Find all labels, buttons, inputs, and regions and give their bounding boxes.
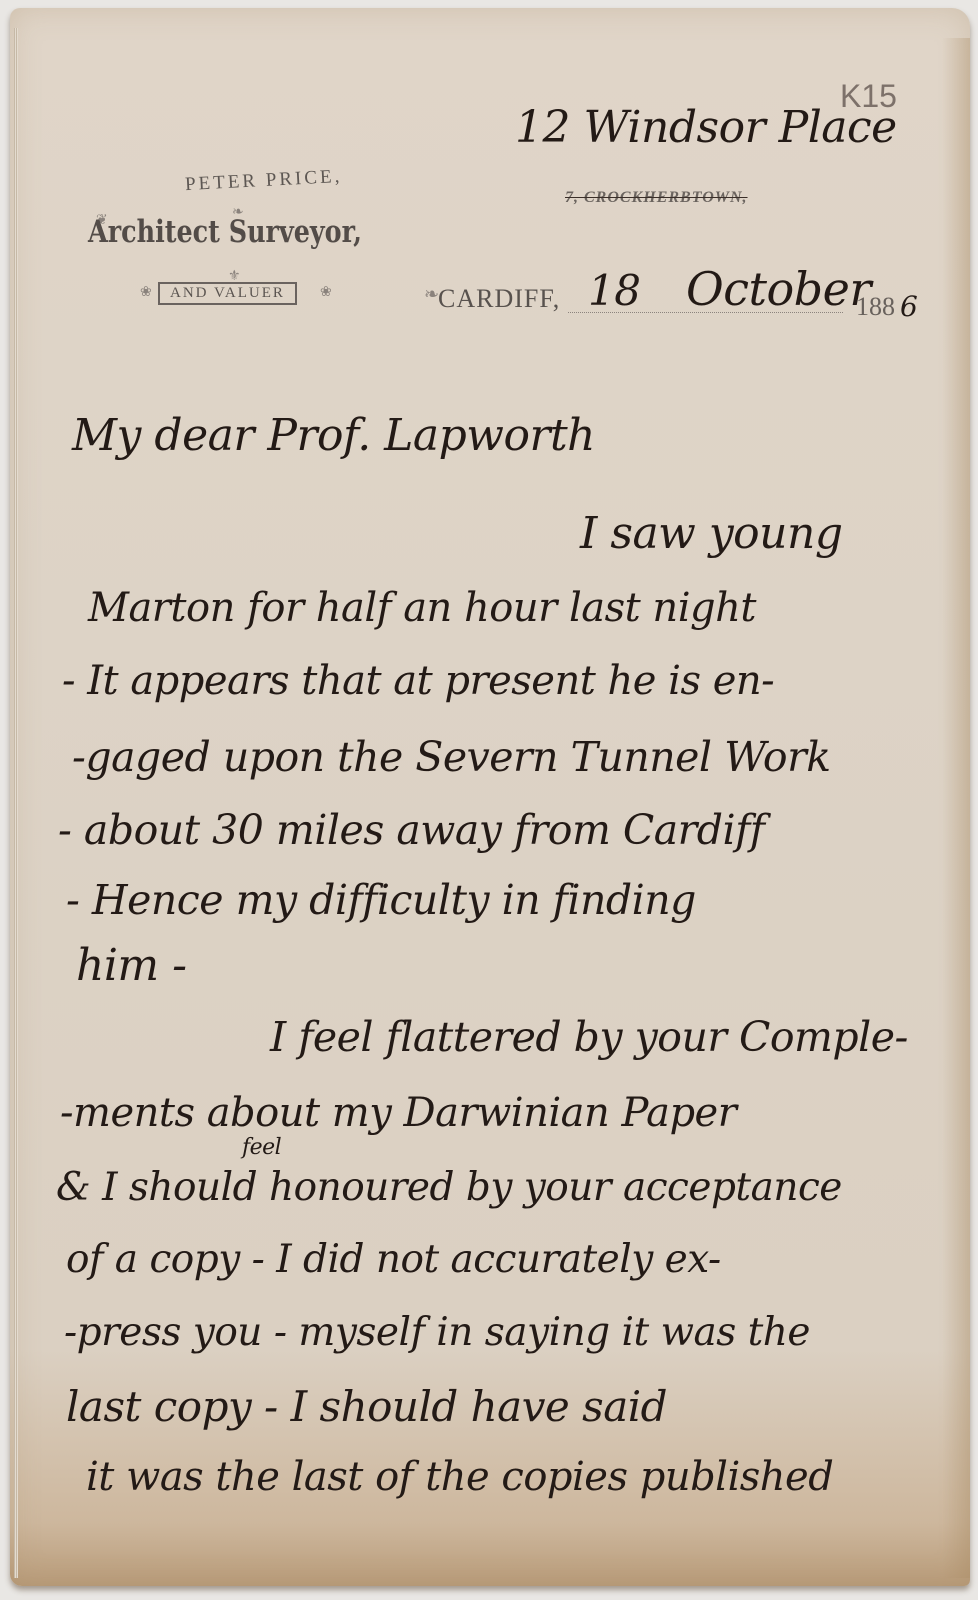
page-edge-left [14, 28, 18, 1578]
flourish-ornament-icon: ❧ [424, 284, 439, 305]
letter-line: last copy - I should have said [66, 1382, 667, 1431]
letter-line: - Hence my difficulty in finding [66, 876, 696, 924]
date-month: October [686, 262, 871, 316]
letter-line: of a copy - I did not accurately ex- [66, 1237, 721, 1282]
struck-printed-address: 7, CROCKHERBTOWN, [565, 189, 748, 207]
date-day: 18 [588, 266, 640, 315]
letterhead-subtitle: AND VALUER [158, 282, 297, 305]
date-year-printed: 188 [856, 292, 895, 322]
letter-line: -gaged upon the Severn Tunnel Work [72, 733, 831, 781]
letter-line: -ments about my Darwinian Paper [60, 1090, 736, 1136]
letter-line: I feel flattered by your Comple- [270, 1013, 908, 1061]
page-edge-right [942, 38, 970, 1578]
letter-line: & I should honoured by your acceptance [56, 1165, 842, 1210]
letter-line: I saw young [580, 508, 843, 559]
flourish-ornament-icon: ❀ [320, 284, 332, 301]
letter-line: - about 30 miles away from Cardiff [58, 806, 765, 854]
flourish-ornament-icon: ❀ [140, 284, 152, 301]
salutation: My dear Prof. Lapworth [72, 410, 595, 461]
inserted-word: feel [242, 1135, 281, 1160]
letter-line: -press you - myself in saying it was the [64, 1310, 810, 1355]
date-year-handwritten: 6 [900, 290, 917, 323]
dateline-city: CARDIFF, [438, 284, 560, 314]
letterhead-title: Architect Surveyor, [88, 214, 362, 250]
letter-line: Marton for half an hour last night [88, 585, 756, 631]
letter-line: him - [76, 940, 187, 991]
letter-line: - It appears that at present he is en- [62, 658, 774, 704]
sender-address: 12 Windsor Place [515, 102, 897, 153]
letter-line: it was the last of the copies published [86, 1454, 833, 1500]
